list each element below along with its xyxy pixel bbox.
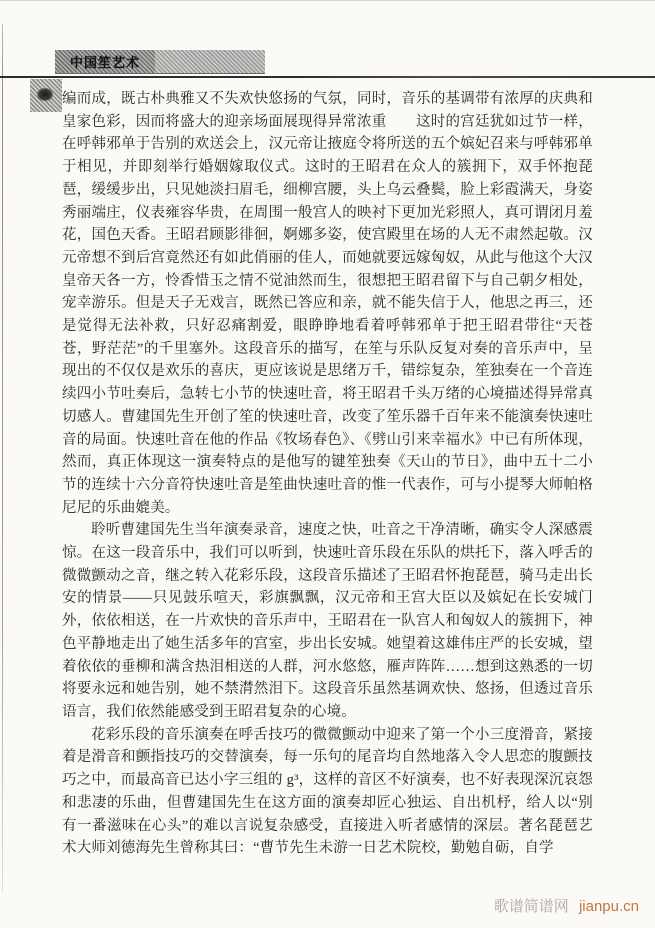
paragraph: 编而成，既古朴典雅又不失欢快悠扬的气氛，同时，音乐的基调带有浓厚的庆典和皇家色彩… (62, 88, 593, 519)
page-number-badge (30, 79, 62, 112)
chapter-banner-label: 中国笙艺术 (70, 52, 140, 71)
body-text: 编而成，既古朴典雅又不失欢快悠扬的气氛，同时，音乐的基调带有浓厚的庆典和皇家色彩… (62, 88, 593, 860)
chapter-banner: 中国笙艺术 (55, 50, 265, 73)
watermark-site-url: jianpu.cn (579, 898, 639, 915)
header-divider-fade (290, 76, 655, 78)
paragraph: 聆听曹建国先生当年演奏录音，速度之快，吐音之干净清晰，确实令人深感震惊。在这一段… (62, 519, 593, 723)
watermark-site-name: 歌谱简谱网 (494, 898, 569, 915)
chapter-banner-label-area: 中国笙艺术 (55, 50, 155, 73)
watermark: 歌谱简谱网 jianpu.cn (494, 895, 639, 916)
page-number-smudge (37, 88, 53, 101)
paragraph: 花彩乐段的音乐演奏在呼舌技巧的微微颤动中迎来了第一个小三度滑音，紧接着是滑音和颤… (62, 724, 593, 860)
scan-edge-left (2, 24, 3, 892)
scanned-book-page: 中国笙艺术 编而成，既古朴典雅又不失欢快悠扬的气氛，同时，音乐的基调带有浓厚的庆… (0, 0, 655, 928)
scan-edge-top (0, 0, 655, 1)
